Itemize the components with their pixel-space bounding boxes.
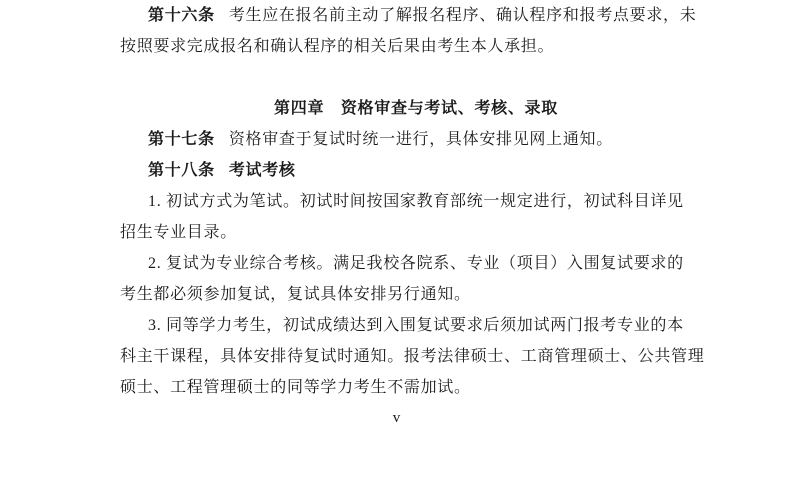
item2-line2-text: 考生都必须参加复试，复试具体安排另行通知。 <box>120 286 471 303</box>
article18-item2-line2: 考生都必须参加复试，复试具体安排另行通知。 <box>120 279 686 310</box>
article18-item3-line2: 科主干课程，具体安排待复试时通知。报考法律硕士、工商管理硕士、公共管理 <box>120 341 686 372</box>
article17-line: 第十七条资格审查于复试时统一进行，具体安排见网上通知。 <box>120 124 686 155</box>
article18-item1-line2: 招生专业目录。 <box>120 217 686 248</box>
article18-item1-line1: 1. 初试方式为笔试。初试时间按国家教育部统一规定进行，初试科目详见 <box>120 186 686 217</box>
article17-label: 第十七条 <box>148 131 215 148</box>
article16-line1-text: 考生应在报名前主动了解报名程序、确认程序和报考点要求，未 <box>229 7 697 24</box>
article18-title-text: 考试考核 <box>229 162 296 179</box>
item2-line1-text: 2. 复试为专业综合考核。满足我校各院系、专业（项目）入围复试要求的 <box>148 255 684 272</box>
item3-line3-text: 硕士、工程管理硕士的同等学力考生不需加试。 <box>120 379 471 396</box>
article16-line2-text: 按照要求完成报名和确认程序的相关后果由考生本人承担。 <box>120 38 554 55</box>
article18-label: 第十八条 <box>148 162 215 179</box>
article17-text: 资格审查于复试时统一进行，具体安排见网上通知。 <box>229 131 613 148</box>
chapter4-title-text: 第四章 资格审查与考试、考核、录取 <box>274 100 558 117</box>
article18-item2-line1: 2. 复试为专业综合考核。满足我校各院系、专业（项目）入围复试要求的 <box>120 248 686 279</box>
chapter4-heading: 第四章 资格审查与考试、考核、录取 <box>120 93 686 124</box>
article18-item3-line1: 3. 同等学力考生，初试成绩达到入围复试要求后须加试两门报考专业的本 <box>120 310 686 341</box>
document-page: 第十六条考生应在报名前主动了解报名程序、确认程序和报考点要求，未 按照要求完成报… <box>0 0 793 503</box>
article18-item3-line3: 硕士、工程管理硕士的同等学力考生不需加试。 <box>120 372 686 403</box>
article16-line2: 按照要求完成报名和确认程序的相关后果由考生本人承担。 <box>120 31 686 62</box>
document-text-block: 第十六条考生应在报名前主动了解报名程序、确认程序和报考点要求，未 按照要求完成报… <box>120 0 686 403</box>
article16-line1: 第十六条考生应在报名前主动了解报名程序、确认程序和报考点要求，未 <box>120 0 686 31</box>
item3-line2-text: 科主干课程，具体安排待复试时通知。报考法律硕士、工商管理硕士、公共管理 <box>120 348 705 365</box>
item1-line2-text: 招生专业目录。 <box>120 224 237 241</box>
article18-line: 第十八条考试考核 <box>120 155 686 186</box>
item3-line1-text: 3. 同等学力考生，初试成绩达到入围复试要求后须加试两门报考专业的本 <box>148 317 684 334</box>
item1-line1-text: 1. 初试方式为笔试。初试时间按国家教育部统一规定进行，初试科目详见 <box>148 193 684 210</box>
article16-label: 第十六条 <box>148 7 215 24</box>
blank-line <box>120 62 686 93</box>
page-number: v <box>0 403 793 434</box>
